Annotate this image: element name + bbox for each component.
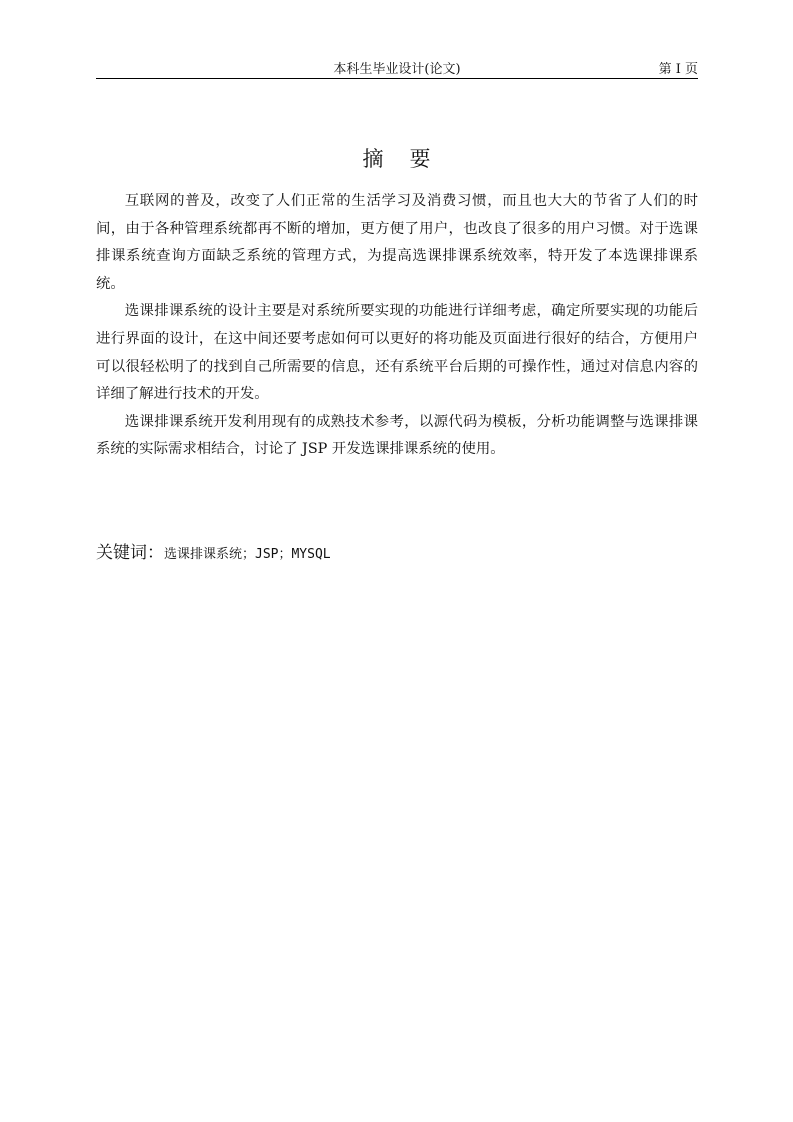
- header-title: 本科生毕业设计(论文): [96, 58, 698, 77]
- keywords-label: 关键词：: [96, 543, 164, 563]
- abstract-title: 摘要: [0, 143, 793, 173]
- keywords: 关键词：选课排课系统；JSP；MYSQL: [96, 538, 331, 563]
- abstract-paragraph: 互联网的普及，改变了人们正常的生活学习及消费习惯，而且也大大的节省了人们的时间，…: [96, 188, 698, 298]
- abstract-paragraph: 选课排课系统的设计主要是对系统所要实现的功能进行详细考虑，确定所要实现的功能后进…: [96, 298, 698, 408]
- page-number: 第 I 页: [659, 58, 698, 77]
- abstract-paragraph: 选课排课系统开发利用现有的成熟技术参考，以源代码为模板，分析功能调整与选课排课系…: [96, 409, 698, 464]
- page-header: 本科生毕业设计(论文) 第 I 页: [96, 58, 698, 79]
- keywords-value: 选课排课系统；JSP；MYSQL: [164, 547, 331, 562]
- abstract-body: 互联网的普及，改变了人们正常的生活学习及消费习惯，而且也大大的节省了人们的时间，…: [96, 188, 698, 464]
